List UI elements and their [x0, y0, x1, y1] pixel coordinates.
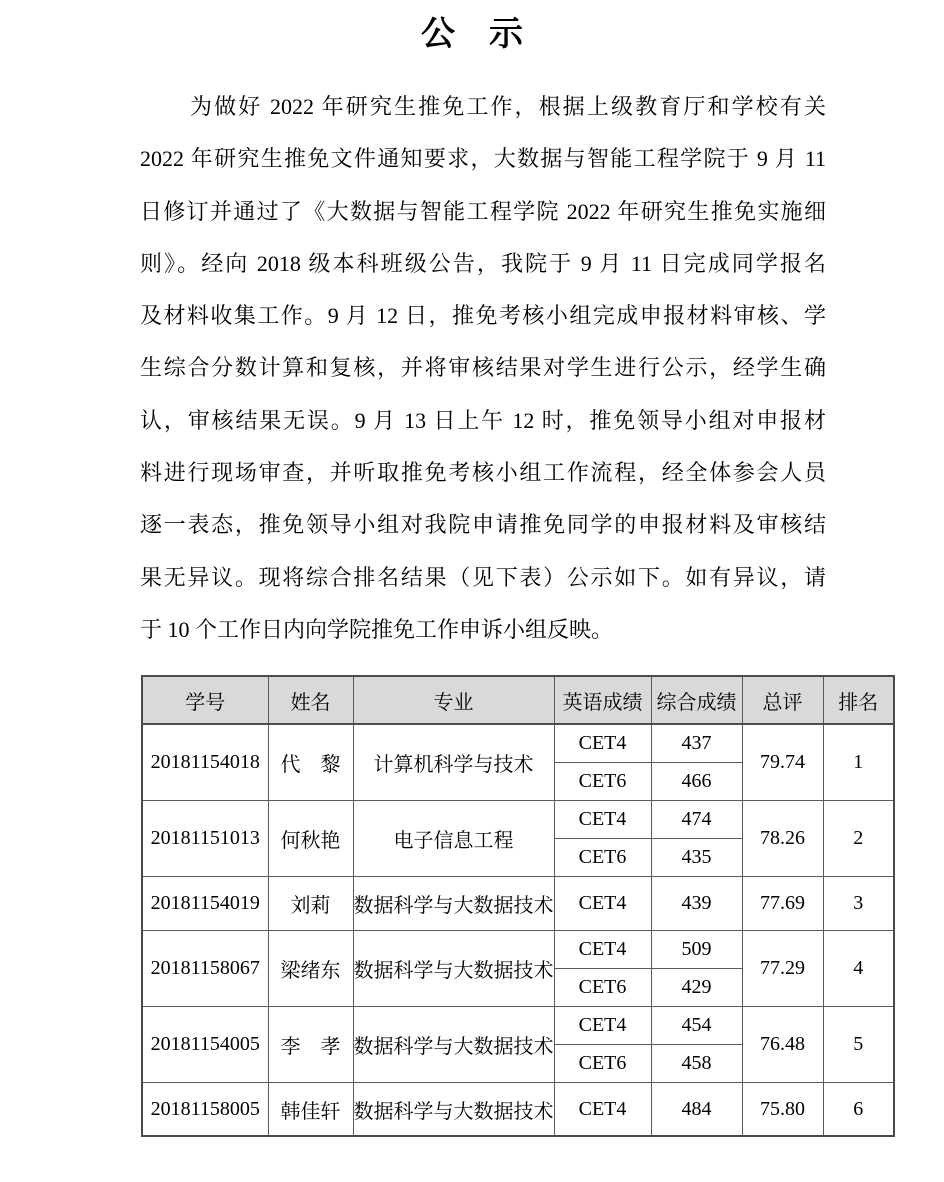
paragraph-line: 果无异议。现将综合排名结果（见下表）公示如下。如有异议，请 [140, 552, 826, 604]
paragraph-line: 逐一表态，推免领导小组对我院申请推免同学的申报材料及审核结 [140, 499, 826, 551]
col-header-overall: 总评 [742, 676, 823, 724]
english-test-cell: CET4 [554, 1082, 651, 1136]
col-header-rank: 排名 [823, 676, 894, 724]
major-cell: 数据科学与大数据技术 [353, 876, 554, 930]
major-cell: 数据科学与大数据技术 [353, 1082, 554, 1136]
overall-score-cell: 77.69 [742, 876, 823, 930]
student-id-cell: 20181154005 [142, 1006, 268, 1082]
overall-score-cell: 76.48 [742, 1006, 823, 1082]
student-row: 20181154018代 黎计算机科学与技术CET443779.741 [142, 724, 894, 762]
student-name-cell: 梁绪东 [268, 930, 353, 1006]
major-cell: 电子信息工程 [353, 800, 554, 876]
notice-title: 公 示 [0, 0, 944, 57]
overall-score-cell: 78.26 [742, 800, 823, 876]
paragraph-line: 2022 年研究生推免文件通知要求，大数据与智能工程学院于 9 月 11 [140, 133, 826, 185]
english-score-cell: 466 [651, 762, 742, 800]
overall-score-cell: 75.80 [742, 1082, 823, 1136]
major-cell: 数据科学与大数据技术 [353, 930, 554, 1006]
english-test-cell: CET4 [554, 930, 651, 968]
paragraph-line: 及材料收集工作。9 月 12 日，推免考核小组完成申报材料审核、学 [140, 290, 826, 342]
student-name-cell: 李 孝 [268, 1006, 353, 1082]
rank-cell: 4 [823, 930, 894, 1006]
english-test-cell: CET4 [554, 724, 651, 762]
student-row: 20181154005李 孝数据科学与大数据技术CET445476.485 [142, 1006, 894, 1044]
student-name-cell: 刘莉 [268, 876, 353, 930]
english-score-cell: 429 [651, 968, 742, 1006]
col-header-english-score: 英语成绩 [554, 676, 651, 724]
major-cell: 数据科学与大数据技术 [353, 1006, 554, 1082]
paragraph-line: 认，审核结果无误。9 月 13 日上午 12 时，推免领导小组对申报材 [140, 395, 826, 447]
english-test-cell: CET6 [554, 838, 651, 876]
student-row: 20181158067梁绪东数据科学与大数据技术CET450977.294 [142, 930, 894, 968]
overall-score-cell: 79.74 [742, 724, 823, 800]
col-header-comprehensive-score: 综合成绩 [651, 676, 742, 724]
english-test-cell: CET6 [554, 1044, 651, 1082]
english-score-cell: 474 [651, 800, 742, 838]
english-test-cell: CET4 [554, 1006, 651, 1044]
student-id-cell: 20181151013 [142, 800, 268, 876]
rank-cell: 1 [823, 724, 894, 800]
student-id-cell: 20181158005 [142, 1082, 268, 1136]
rank-cell: 6 [823, 1082, 894, 1136]
student-row: 20181151013何秋艳电子信息工程CET447478.262 [142, 800, 894, 838]
paragraph-line: 日修订并通过了《大数据与智能工程学院 2022 年研究生推免实施细 [140, 186, 826, 238]
student-row: 20181154019刘莉数据科学与大数据技术CET443977.693 [142, 876, 894, 930]
student-row: 20181158005韩佳轩数据科学与大数据技术CET448475.806 [142, 1082, 894, 1136]
english-score-cell: 439 [651, 876, 742, 930]
english-score-cell: 435 [651, 838, 742, 876]
table-header-row: 学号 姓名 专业 英语成绩 综合成绩 总评 排名 [142, 676, 894, 724]
rank-cell: 5 [823, 1006, 894, 1082]
english-test-cell: CET4 [554, 876, 651, 930]
student-name-cell: 代 黎 [268, 724, 353, 800]
english-score-cell: 454 [651, 1006, 742, 1044]
paragraph-line: 则》。经向 2018 级本科班级公告，我院于 9 月 11 日完成同学报名 [140, 238, 826, 290]
paragraph-line: 生综合分数计算和复核，并将审核结果对学生进行公示，经学生确 [140, 342, 826, 394]
student-id-cell: 20181154018 [142, 724, 268, 800]
paragraph-line: 于 10 个工作日内向学院推免工作申诉小组反映。 [140, 604, 826, 656]
student-id-cell: 20181158067 [142, 930, 268, 1006]
english-test-cell: CET6 [554, 968, 651, 1006]
english-test-cell: CET6 [554, 762, 651, 800]
english-score-cell: 458 [651, 1044, 742, 1082]
rank-cell: 3 [823, 876, 894, 930]
student-id-cell: 20181154019 [142, 876, 268, 930]
student-name-cell: 何秋艳 [268, 800, 353, 876]
student-name-cell: 韩佳轩 [268, 1082, 353, 1136]
major-cell: 计算机科学与技术 [353, 724, 554, 800]
english-test-cell: CET4 [554, 800, 651, 838]
english-score-cell: 484 [651, 1082, 742, 1136]
ranking-table: 学号 姓名 专业 英语成绩 综合成绩 总评 排名 20181154018代 黎计… [141, 675, 895, 1137]
english-score-cell: 437 [651, 724, 742, 762]
rank-cell: 2 [823, 800, 894, 876]
notice-document: 公 示 为做好 2022 年研究生推免工作，根据上级教育厅和学校有关2022 年… [0, 0, 944, 1182]
col-header-major: 专业 [353, 676, 554, 724]
notice-body-paragraph: 为做好 2022 年研究生推免工作，根据上级教育厅和学校有关2022 年研究生推… [140, 81, 826, 656]
paragraph-line: 料进行现场审查，并听取推免考核小组工作流程，经全体参会人员 [140, 447, 826, 499]
overall-score-cell: 77.29 [742, 930, 823, 1006]
paragraph-line: 为做好 2022 年研究生推免工作，根据上级教育厅和学校有关 [140, 81, 826, 133]
col-header-name: 姓名 [268, 676, 353, 724]
col-header-student-id: 学号 [142, 676, 268, 724]
english-score-cell: 509 [651, 930, 742, 968]
